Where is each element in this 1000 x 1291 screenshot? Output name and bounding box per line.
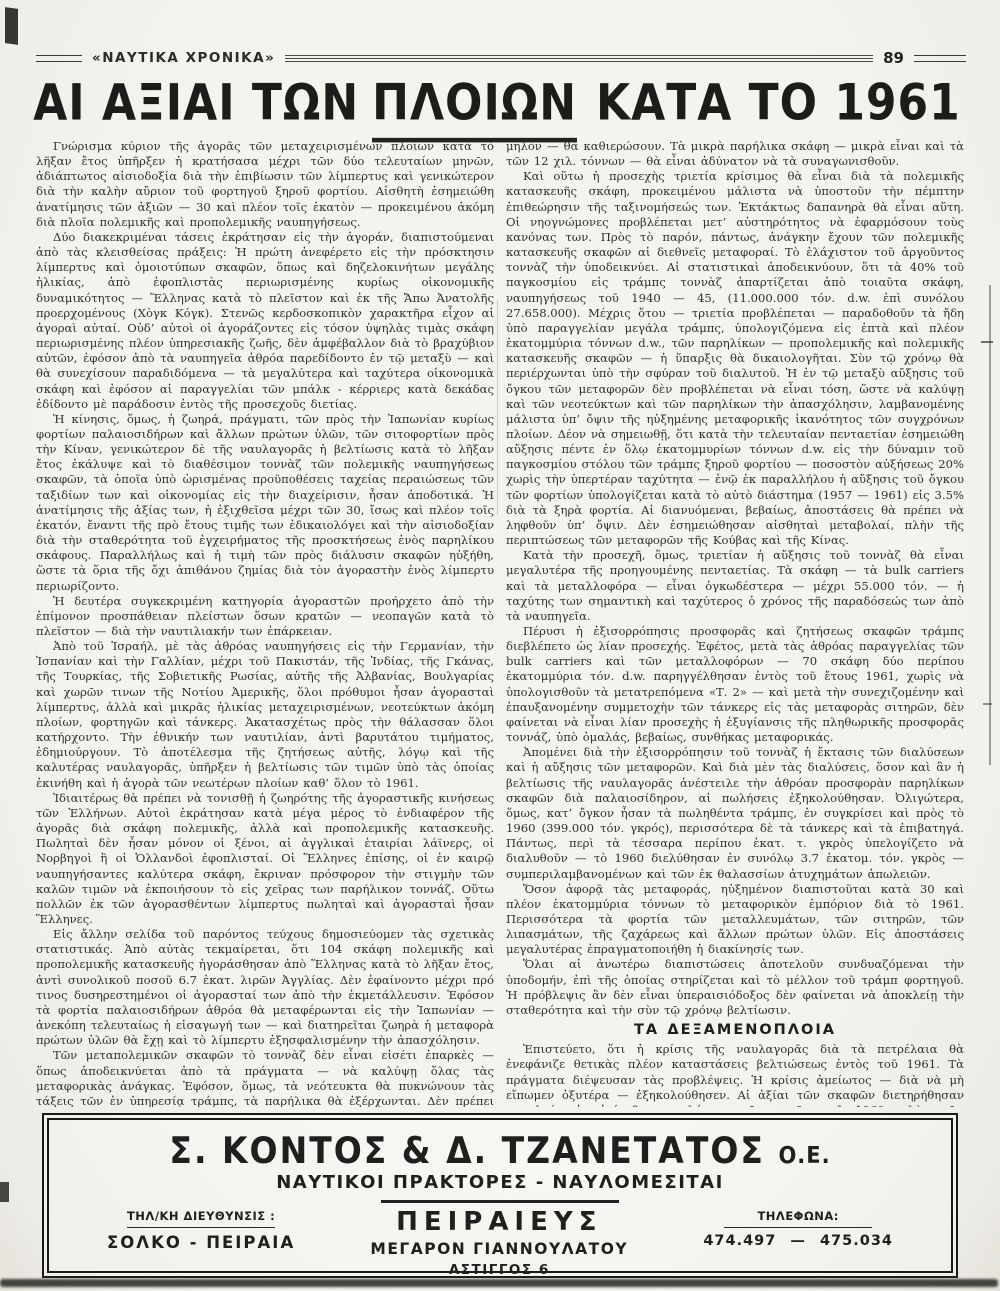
paragraph: Κατὰ τὴν προσεχῆ, ὅμως, τριετίαν ἡ αὔξησ… bbox=[506, 548, 964, 624]
paragraph: Ἡ δευτέρα συγκεκριμένη κατηγορία ἀγοραστ… bbox=[36, 594, 494, 639]
ad-telegraph-value: ΣΟΛΚΟ - ΠΕΙΡΑΙΑ bbox=[107, 1233, 295, 1252]
header-rule-left bbox=[36, 55, 82, 62]
advertisement-box: Σ. ΚΟΝΤΟΣ & Δ. ΤΖΑΝΕΤΑΤΟΣ Ο.Ε. ΝΑΥΤΙΚΟΙ … bbox=[42, 1113, 958, 1278]
ad-building: ΜΕΓΑΡΟΝ ΓΙΑΝΝΟΥΛΑΤΟΥ bbox=[370, 1240, 628, 1258]
ad-divider-rule bbox=[381, 1200, 619, 1203]
ad-street: ΑΣΤΙΓΓΟΣ 6 bbox=[449, 1262, 550, 1278]
magazine-title: «ΝΑΥΤΙΚΑ ΧΡΟΝΙΚΑ» bbox=[92, 50, 275, 66]
ad-phones-rule bbox=[724, 1227, 872, 1229]
paragraph: Τῶν μεταπολεμικῶν σκαφῶν τὸ τοννὰζ δὲν ε… bbox=[36, 1048, 494, 1107]
paragraph: Ἐπιστεύετο, ὅτι ἡ κρίσις τῆς ναυλαγορᾶς … bbox=[506, 1042, 964, 1107]
scan-smudge-bottom bbox=[0, 1279, 998, 1287]
ad-address-block: ΠΕΙΡΑΙΕΥΣ ΜΕΓΑΡΟΝ ΓΙΑΝΝΟΥΛΑΤΟΥ ΑΣΤΙΓΓΟΣ … bbox=[370, 1209, 628, 1278]
header-rule-middle bbox=[285, 55, 873, 63]
paragraph: Καὶ οὕτω ἡ προσεχὴς τριετία κρίσιμος θὰ … bbox=[506, 169, 964, 548]
ad-telegraph-block: ΤΗΛ/ΚΗ ΔΙΕΥΘΥΝΣΙΣ : ΣΟΛΚΟ - ΠΕΙΡΑΙΑ bbox=[107, 1209, 295, 1253]
scan-mark-top-left bbox=[5, 7, 18, 45]
ad-company-name: Σ. ΚΟΝΤΟΣ & Δ. ΤΖΑΝΕΤΑΤΟΣ Ο.Ε. bbox=[49, 1129, 951, 1172]
header-rule-right bbox=[914, 55, 966, 62]
ad-company-suffix: Ο.Ε. bbox=[778, 1142, 830, 1168]
ad-phones-value: 474.497 — 475.034 bbox=[703, 1233, 893, 1249]
article-column-left: Γνώρισμα κύριον τῆς ἀγορᾶς τῶν μεταχειρι… bbox=[36, 139, 494, 1107]
scan-line-gutter bbox=[497, 300, 498, 515]
ad-telegraph-rule bbox=[127, 1227, 275, 1229]
page-header: «ΝΑΥΤΙΚΑ ΧΡΟΝΙΚΑ» 89 bbox=[36, 49, 966, 67]
paragraph: Ἰδιαιτέρως θὰ πρέπει νὰ τονισθῇ ἡ ζωηρότ… bbox=[36, 791, 494, 927]
headline-post: ΚΑΤΑ ΤΟ 1961 bbox=[596, 74, 961, 132]
paragraph: Εἰς ἄλλην σελίδα τοῦ παρόντος τεύχους δη… bbox=[36, 927, 494, 1048]
paragraph: Ὅλαι αἱ ἀνωτέρω διαπιστώσεις ἀποτελοῦν σ… bbox=[506, 957, 964, 1018]
paragraph: Ἀπομένει διὰ τὴν ἐξισορρόπησιν τοῦ τοννὰ… bbox=[506, 745, 964, 881]
headline-underlined-word: ΠΛΟΙΩΝ bbox=[372, 74, 577, 142]
ad-subtitle: ΝΑΥΤΙΚΟΙ ΠΡΑΚΤΟΡΕΣ - ΝΑΥΛΟΜΕΣΙΤΑΙ bbox=[49, 1172, 951, 1193]
article-column-right: μηλὸν — θὰ καθιερώσουν. Τὰ μικρὰ παρήλικ… bbox=[506, 139, 964, 1107]
page-number: 89 bbox=[883, 49, 904, 67]
headline-pre: ΑΙ ΑΞΙΑΙ ΤΩΝ bbox=[33, 74, 359, 132]
ad-telegraph-label: ΤΗΛ/ΚΗ ΔΙΕΥΘΥΝΣΙΣ : bbox=[127, 1209, 275, 1223]
paragraph: Ἡ κίνησις, ὅμως, ἡ ζωηρά, πράγματι, τῶν … bbox=[36, 412, 494, 594]
paragraph: Πέρυσι ἡ ἐξισορρόπησις προσφορᾶς καὶ ζητ… bbox=[506, 624, 964, 745]
article-headline: ΑΙ ΑΞΙΑΙ ΤΩΝΠΛΟΙΩΝΚΑΤΑ ΤΟ 1961 bbox=[0, 74, 1000, 132]
magazine-page: «ΝΑΥΤΙΚΑ ΧΡΟΝΙΚΑ» 89 ΑΙ ΑΞΙΑΙ ΤΩΝΠΛΟΙΩΝΚ… bbox=[0, 0, 1000, 1291]
paragraph: μηλὸν — θὰ καθιερώσουν. Τὰ μικρὰ παρήλικ… bbox=[506, 139, 964, 169]
section-heading: ΤΑ ΔΕΞΑΜΕΝΟΠΛΟΙΑ bbox=[506, 1023, 964, 1038]
scan-dash-right-1 bbox=[981, 341, 993, 343]
paragraph: Γνώρισμα κύριον τῆς ἀγορᾶς τῶν μεταχειρι… bbox=[36, 139, 494, 230]
scan-mark-bottom-left bbox=[0, 1182, 9, 1202]
scan-dash-right-2 bbox=[983, 703, 992, 705]
ad-phones-label: ΤΗΛΕΦΩΝΑ: bbox=[757, 1209, 838, 1223]
ad-city: ΠΕΙΡΑΙΕΥΣ bbox=[396, 1207, 602, 1237]
scan-line-right-margin bbox=[989, 285, 991, 765]
ad-company-main: Σ. ΚΟΝΤΟΣ & Δ. ΤΖΑΝΕΤΑΤΟΣ bbox=[169, 1129, 765, 1172]
paragraph: Ἀπὸ τοῦ Ἰσραήλ, μὲ τὰς ἀθρόας ναυπηγήσει… bbox=[36, 639, 494, 791]
paragraph: Ὅσον ἀφορᾷ τὰς μεταφοράς, ηὐξημένον διαπ… bbox=[506, 882, 964, 958]
paragraph: Δύο διακεκριμέναι τάσεις ἐκράτησαν εἰς τ… bbox=[36, 230, 494, 412]
ad-details-row: ΤΗΛ/ΚΗ ΔΙΕΥΘΥΝΣΙΣ : ΣΟΛΚΟ - ΠΕΙΡΑΙΑ ΠΕΙΡ… bbox=[49, 1209, 951, 1278]
ad-phones-block: ΤΗΛΕΦΩΝΑ: 474.497 — 475.034 bbox=[703, 1209, 893, 1250]
